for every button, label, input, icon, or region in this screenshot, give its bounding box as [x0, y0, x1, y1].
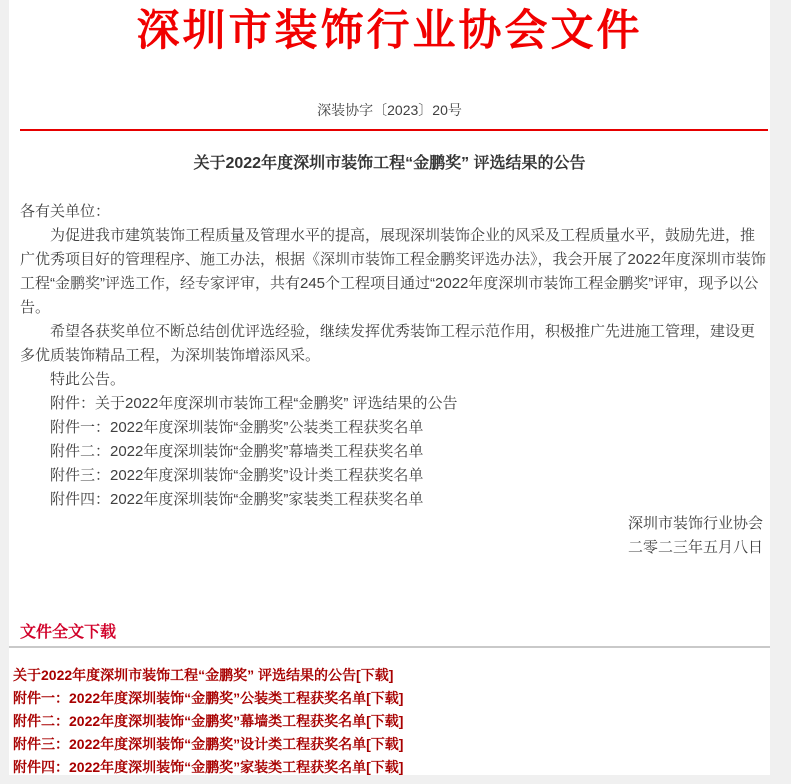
download-link-list: 关于2022年度深圳市装饰工程“金鹏奖” 评选结果的公告[下载] 附件一：202… [9, 664, 770, 779]
attachment-item: 附件四：2022年度深圳装饰“金鹏奖”家装类工程获奖名单 [20, 488, 767, 512]
paragraph: 希望各获奖单位不断总结创优评选经验，继续发挥优秀装饰工程示范作用，积极推广先进施… [20, 320, 767, 368]
download-link[interactable]: 附件四：2022年度深圳装饰“金鹏奖”家装类工程获奖名单[下载] [13, 756, 770, 779]
signature-block: 深圳市装饰行业协会 二零二三年五月八日 [20, 512, 767, 560]
signature-date: 二零二三年五月八日 [20, 536, 763, 560]
salutation: 各有关单位： [20, 200, 767, 224]
doc-number: 深装协字〔2023〕20号 [9, 103, 770, 118]
paragraph: 特此公告。 [20, 368, 767, 392]
attachment-item: 附件：关于2022年度深圳市装饰工程“金鹏奖” 评选结果的公告 [20, 392, 767, 416]
attachment-list: 附件：关于2022年度深圳市装饰工程“金鹏奖” 评选结果的公告 附件一：2022… [20, 392, 767, 512]
document-body: 各有关单位： 为促进我市建筑装饰工程质量及管理水平的提高，展现深圳装饰企业的风采… [9, 200, 770, 560]
notice-title: 关于2022年度深圳市装饰工程“金鹏奖” 评选结果的公告 [9, 155, 770, 172]
page-title: 深圳市装饰行业协会文件 [9, 0, 770, 58]
download-link[interactable]: 附件二：2022年度深圳装饰“金鹏奖”幕墙类工程获奖名单[下载] [13, 710, 770, 733]
paragraph: 为促进我市建筑装饰工程质量及管理水平的提高，展现深圳装饰企业的风采及工程质量水平… [20, 224, 767, 320]
attachment-item: 附件一：2022年度深圳装饰“金鹏奖”公装类工程获奖名单 [20, 416, 767, 440]
document-paper: 深圳市装饰行业协会文件 深装协字〔2023〕20号 关于2022年度深圳市装饰工… [9, 0, 770, 775]
signature-organization: 深圳市装饰行业协会 [20, 512, 763, 536]
attachment-item: 附件三：2022年度深圳装饰“金鹏奖”设计类工程获奖名单 [20, 464, 767, 488]
attachment-item: 附件二：2022年度深圳装饰“金鹏奖”幕墙类工程获奖名单 [20, 440, 767, 464]
download-section: 文件全文下载 关于2022年度深圳市装饰工程“金鹏奖” 评选结果的公告[下载] … [9, 624, 770, 779]
download-section-heading: 文件全文下载 [9, 624, 770, 648]
red-divider [20, 129, 768, 131]
download-link[interactable]: 附件三：2022年度深圳装饰“金鹏奖”设计类工程获奖名单[下载] [13, 733, 770, 756]
page-canvas: 深圳市装饰行业协会文件 深装协字〔2023〕20号 关于2022年度深圳市装饰工… [0, 0, 791, 784]
download-link[interactable]: 附件一：2022年度深圳装饰“金鹏奖”公装类工程获奖名单[下载] [13, 687, 770, 710]
download-link[interactable]: 关于2022年度深圳市装饰工程“金鹏奖” 评选结果的公告[下载] [13, 664, 770, 687]
